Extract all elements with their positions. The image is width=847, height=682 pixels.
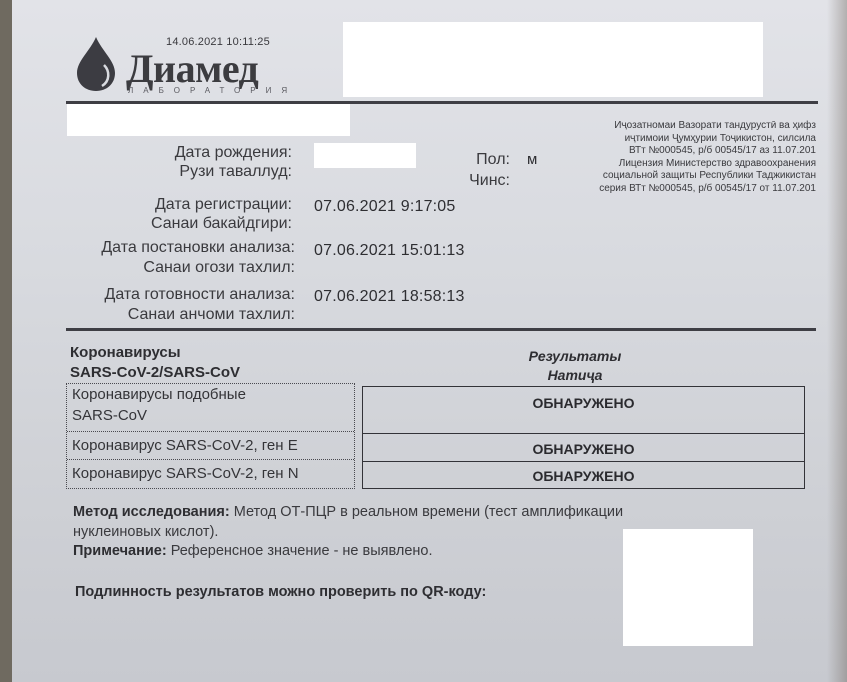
drop-icon	[74, 35, 118, 93]
method-text-cont: нуклеиновых кислот).	[73, 523, 218, 542]
note-label: Примечание:	[73, 543, 167, 559]
sex-label-tj: Чинс:	[440, 171, 510, 190]
license-line: иҷтимоии Ҷумҳурии Тоҷикистон, силсила	[548, 133, 816, 146]
license-line: социальной защиты Республики Таджикистан	[548, 170, 816, 183]
test-names-table: Коронавирусы подобные SARS-CoV Коронавир…	[66, 383, 355, 489]
test-section-title-line2: SARS-CoV-2/SARS-CoV	[70, 363, 240, 383]
test-name-row: Коронавирус SARS-CoV-2, ген N	[67, 460, 354, 488]
birth-date-label-ru: Дата рождения:	[110, 143, 292, 162]
birth-date-label-tj: Рузи таваллуд:	[110, 162, 292, 181]
registration-label-tj: Санаи бакайдгири:	[80, 214, 292, 233]
redacted-qr-code	[623, 529, 753, 646]
sex-label-ru: Пол:	[440, 150, 510, 169]
redacted-header-info	[343, 22, 763, 97]
method-text: Метод ОТ-ПЦР в реальном времени (тест ам…	[230, 504, 623, 520]
test-name-cont: SARS-CoV	[72, 405, 354, 426]
analysis-start-label-tj: Санаи огози тахлил:	[40, 258, 295, 277]
test-section-title-line1: Коронавирусы	[70, 343, 240, 363]
test-name: Коронавирус SARS-CoV-2, ген N	[72, 463, 354, 484]
registration-value: 07.06.2021 9:17:05	[314, 197, 456, 216]
analysis-ready-value: 07.06.2021 18:58:13	[314, 287, 465, 306]
result-cell: ОБНАРУЖЕНО	[363, 462, 804, 488]
result-cell: ОБНАРУЖЕНО	[363, 434, 804, 462]
results-table: ОБНАРУЖЕНО ОБНАРУЖЕНО ОБНАРУЖЕНО	[362, 386, 805, 489]
test-name-row: Коронавирус SARS-CoV-2, ген E	[67, 432, 354, 460]
note-text: Референсное значение - не выявлено.	[167, 543, 433, 559]
qr-verify-text: Подлинность результатов можно проверить …	[75, 583, 486, 602]
license-line: серия ВТт №000545, р/б 00545/17 от 11.07…	[548, 183, 816, 196]
license-line: Иҷозатномаи Вазорати тандурустӣ ва ҳифз	[548, 120, 816, 133]
test-section-title: Коронавирусы SARS-CoV-2/SARS-CoV	[70, 343, 240, 383]
logo-name: Диамед	[126, 45, 258, 92]
note-line: Примечание: Референсное значение - не вы…	[73, 542, 673, 561]
analysis-ready-label-tj: Санаи анчоми тахлил:	[40, 305, 295, 324]
section-divider	[66, 328, 816, 331]
result-cell: ОБНАРУЖЕНО	[363, 387, 804, 434]
sex-value: м	[527, 150, 538, 169]
redacted-patient-name	[67, 104, 350, 136]
method-label: Метод исследования:	[73, 504, 230, 520]
redacted-birth-date	[314, 143, 416, 168]
test-name: Коронавирус SARS-CoV-2, ген E	[72, 435, 354, 456]
logo-subtitle: ЛАБОРАТОРИЯ	[128, 86, 297, 95]
method-line: Метод исследования: Метод ОТ-ПЦР в реаль…	[73, 503, 793, 522]
license-line: ВТт №000545, р/б 00545/17 аз 11.07.201	[548, 145, 816, 158]
paper-edge-shadow	[827, 0, 847, 682]
analysis-start-value: 07.06.2021 15:01:13	[314, 241, 465, 260]
results-header-tj: Натиҷа	[505, 366, 645, 385]
test-name: Коронавирусы подобные	[72, 384, 354, 405]
analysis-ready-label-ru: Дата готовности анализа:	[40, 285, 295, 304]
test-name-row: Коронавирусы подобные SARS-CoV	[67, 384, 354, 432]
license-block: Иҷозатномаи Вазорати тандурустӣ ва ҳифз …	[548, 120, 816, 196]
results-header-ru: Результаты	[505, 347, 645, 366]
registration-label-ru: Дата регистрации:	[80, 195, 292, 214]
license-line: Лицензия Министерство здравоохранения	[548, 158, 816, 171]
analysis-start-label-ru: Дата постановки анализа:	[40, 238, 295, 257]
results-header: Результаты Натиҷа	[505, 347, 645, 385]
